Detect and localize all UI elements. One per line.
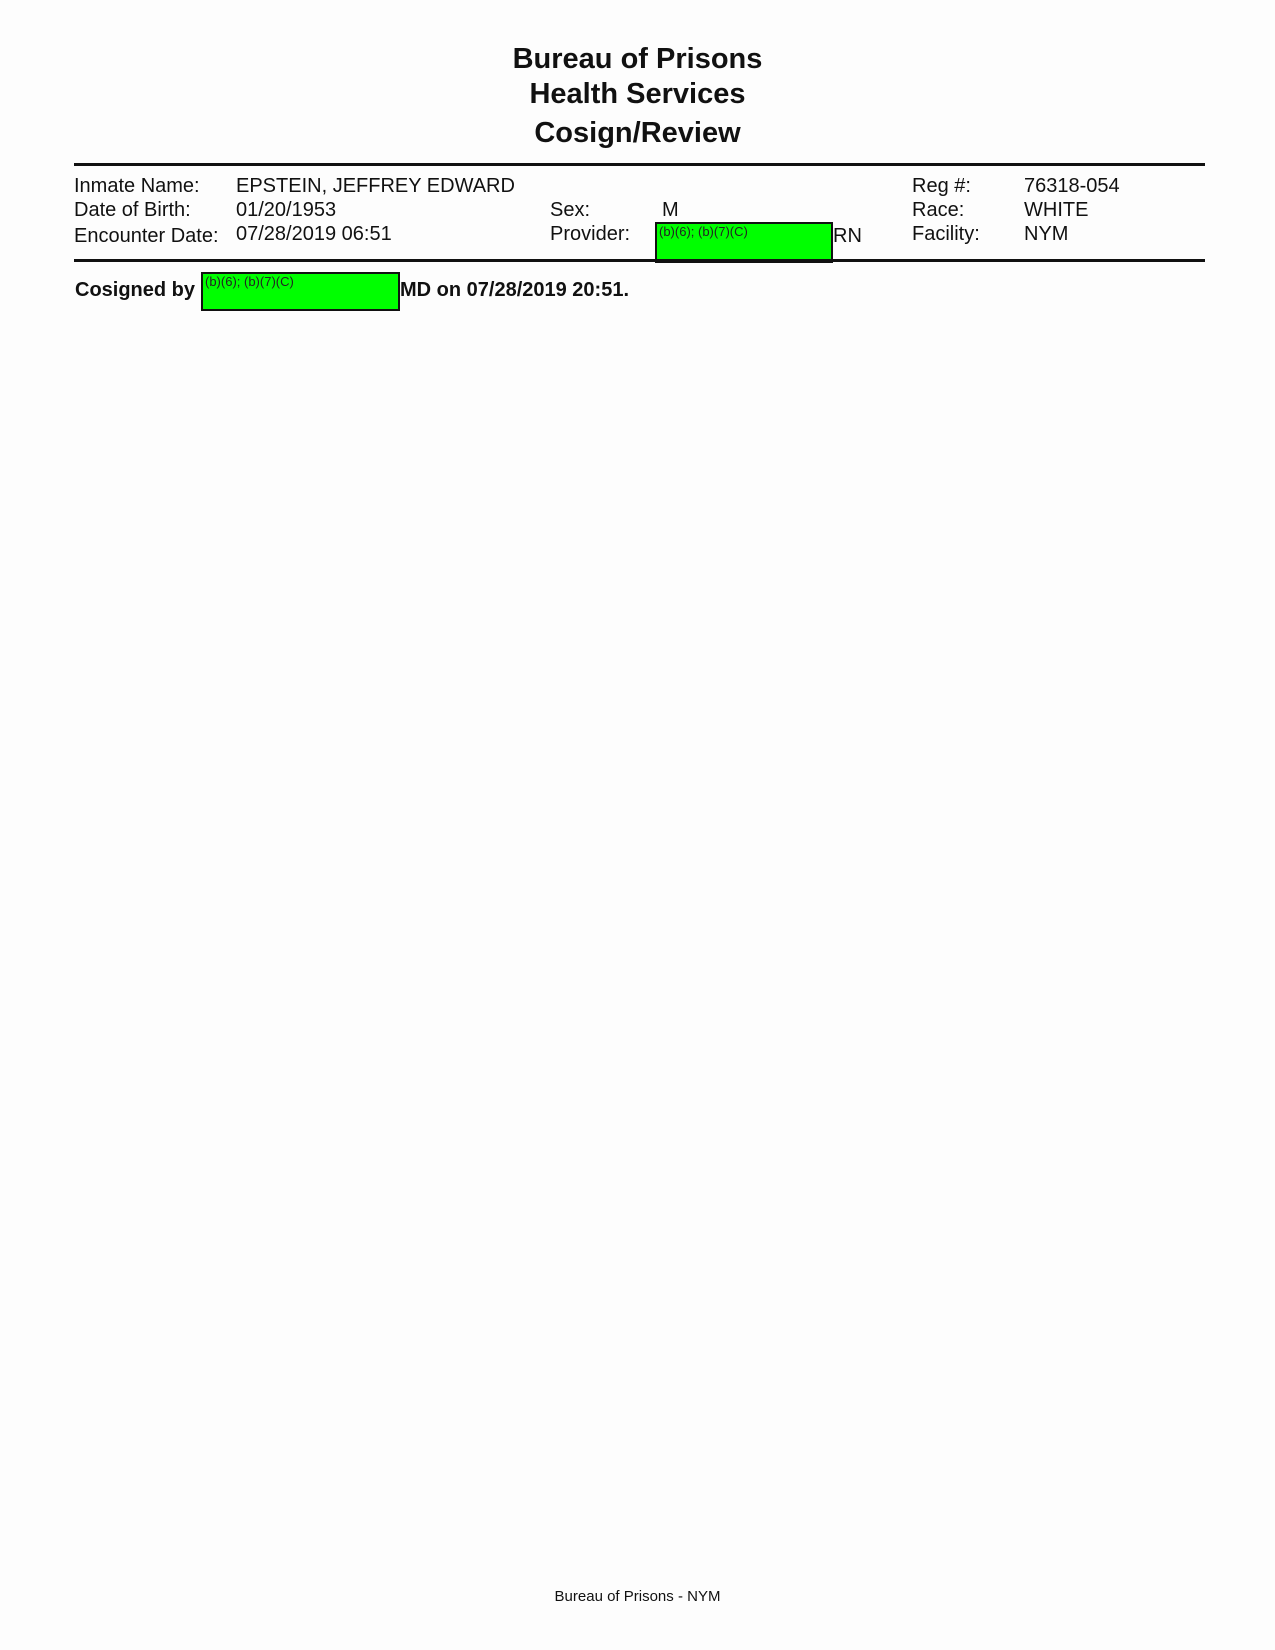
agency-title: Bureau of Prisons <box>0 43 1275 75</box>
document-title: Cosign/Review <box>0 117 1275 149</box>
cosign-prefix: Cosigned by <box>75 279 195 301</box>
cosign-suffix: MD on 07/28/2019 20:51. <box>400 279 629 301</box>
provider-label: Provider: <box>550 223 630 245</box>
department-title: Health Services <box>0 78 1275 110</box>
race-label: Race: <box>912 199 964 221</box>
inmate-name-value: EPSTEIN, JEFFREY EDWARD <box>236 175 515 197</box>
facility-label: Facility: <box>912 223 980 245</box>
cosigner-redaction-box: (b)(6); (b)(7)(C) <box>201 272 400 311</box>
inmate-name-label: Inmate Name: <box>74 175 200 197</box>
race-value: WHITE <box>1024 199 1088 221</box>
encounter-date-value: 07/28/2019 06:51 <box>236 223 392 245</box>
provider-credential: RN <box>833 225 862 247</box>
sex-value: M <box>662 199 679 221</box>
page-footer: Bureau of Prisons - NYM <box>0 1588 1275 1605</box>
encounter-date-label: Encounter Date: <box>74 225 219 247</box>
reg-number-value: 76318-054 <box>1024 175 1120 197</box>
reg-number-label: Reg #: <box>912 175 971 197</box>
header-divider-bottom <box>74 259 1205 262</box>
provider-redaction-box: (b)(6); (b)(7)(C) <box>655 222 833 263</box>
header-divider-top <box>74 163 1205 166</box>
dob-value: 01/20/1953 <box>236 199 336 221</box>
sex-label: Sex: <box>550 199 590 221</box>
facility-value: NYM <box>1024 223 1068 245</box>
dob-label: Date of Birth: <box>74 199 191 221</box>
